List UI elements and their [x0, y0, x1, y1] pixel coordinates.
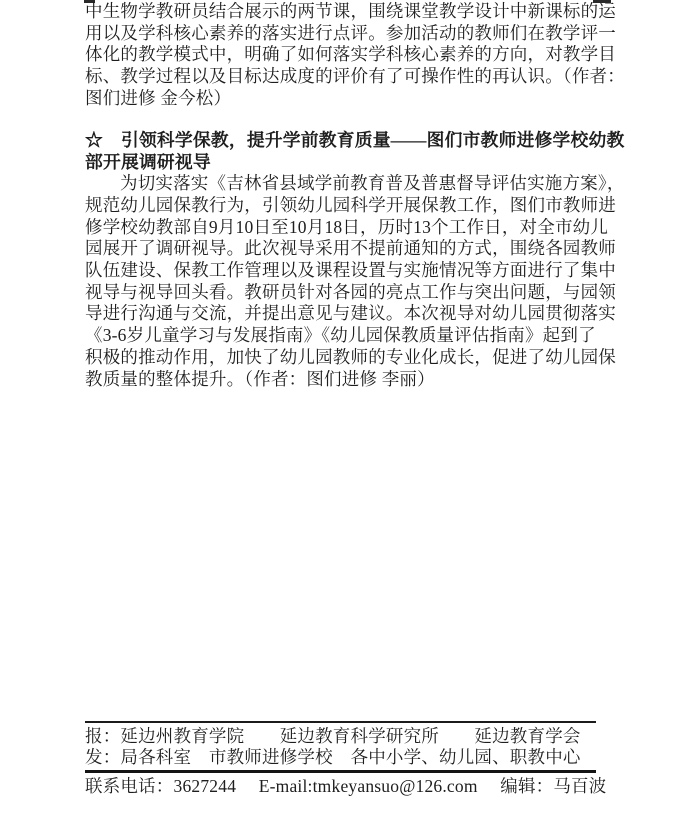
- text-line: 修学校幼教部自9月10日至10月18日，历时13个工作日，对全市幼儿: [85, 217, 618, 239]
- email-label: E-mail:: [259, 776, 313, 796]
- page-content: 中生物学教研员结合展示的两节课，围绕课堂教学设计中新课标的运 用以及学科核心素养…: [85, 1, 618, 390]
- text-line: 视导与视导回头看。教研员针对各园的亮点工作与突出问题，与园领: [85, 282, 618, 304]
- text-line: 标、教学过程以及目标达成度的评价有了可操作性的再认识。（作者：: [85, 66, 618, 88]
- text-line: 为切实落实《吉林省县域学前教育普及普惠督导评估实施方案》，: [85, 173, 618, 195]
- text-line: 规范幼儿园保教行为，引领幼儿园科学开展保教工作，图们市教师进: [85, 195, 618, 217]
- text-line: 导进行沟通与交流，并提出意见与建议。本次视导对幼儿园贯彻落实: [85, 303, 618, 325]
- article-body: 为切实落实《吉林省县域学前教育普及普惠督导评估实施方案》， 规范幼儿园保教行为，…: [85, 173, 618, 390]
- report-recipients-line: 报：延边州教育学院 延边教育科学研究所 延边教育学会: [85, 726, 596, 747]
- distribution-recipients-line: 发：局各科室 市教师进修学校 各中小学、幼儿园、职教中心: [85, 747, 596, 768]
- text-line: 教质量的整体提升。（作者：图们进修 李丽）: [85, 369, 618, 391]
- text-line: 中生物学教研员结合展示的两节课，围绕课堂教学设计中新课标的运: [85, 1, 618, 23]
- continuation-paragraph: 中生物学教研员结合展示的两节课，围绕课堂教学设计中新课标的运 用以及学科核心素养…: [85, 1, 618, 109]
- text-line: 园展开了调研视导。此次视导采用不提前通知的方式，围绕各园教师: [85, 238, 618, 260]
- text-line: 体化的教学模式中，明确了如何落实学科核心素养的方向，对教学目: [85, 44, 618, 66]
- editor-label: 编辑：: [500, 776, 553, 796]
- phone-label: 联系电话：: [85, 776, 174, 796]
- page-footer: 报：延边州教育学院 延边教育科学研究所 延边教育学会 发：局各科室 市教师进修学…: [85, 721, 596, 797]
- article-heading-line: ☆ 引领科学保教，提升学前教育质量——图们市教师进修学校幼教: [85, 130, 618, 152]
- text-line: 队伍建设、保教工作管理以及课程设置与实施情况等方面进行了集中: [85, 260, 618, 282]
- contact-line: 联系电话：3627244 E-mail:tmkeyansuo@126.com 编…: [85, 773, 596, 797]
- phone-number: 3627244: [174, 776, 237, 796]
- text-line: 积极的推动作用，加快了幼儿园教师的专业化成长，促进了幼儿园保: [85, 347, 618, 369]
- editor-name: 马百波: [553, 776, 606, 796]
- article-heading: ☆ 引领科学保教，提升学前教育质量——图们市教师进修学校幼教 部开展调研视导: [85, 130, 618, 173]
- article-heading-line: 部开展调研视导: [85, 152, 618, 174]
- text-line: 用以及学科核心素养的落实进行点评。参加活动的教师们在教学评一: [85, 23, 618, 45]
- text-line: 图们进修 金今松）: [85, 88, 618, 110]
- text-line: 《3-6岁儿童学习与发展指南》《幼儿园保教质量评估指南》起到了: [85, 325, 618, 347]
- newsletter-page: 中生物学教研员结合展示的两节课，围绕课堂教学设计中新课标的运 用以及学科核心素养…: [0, 0, 700, 824]
- email-address: tmkeyansuo@126.com: [313, 776, 478, 796]
